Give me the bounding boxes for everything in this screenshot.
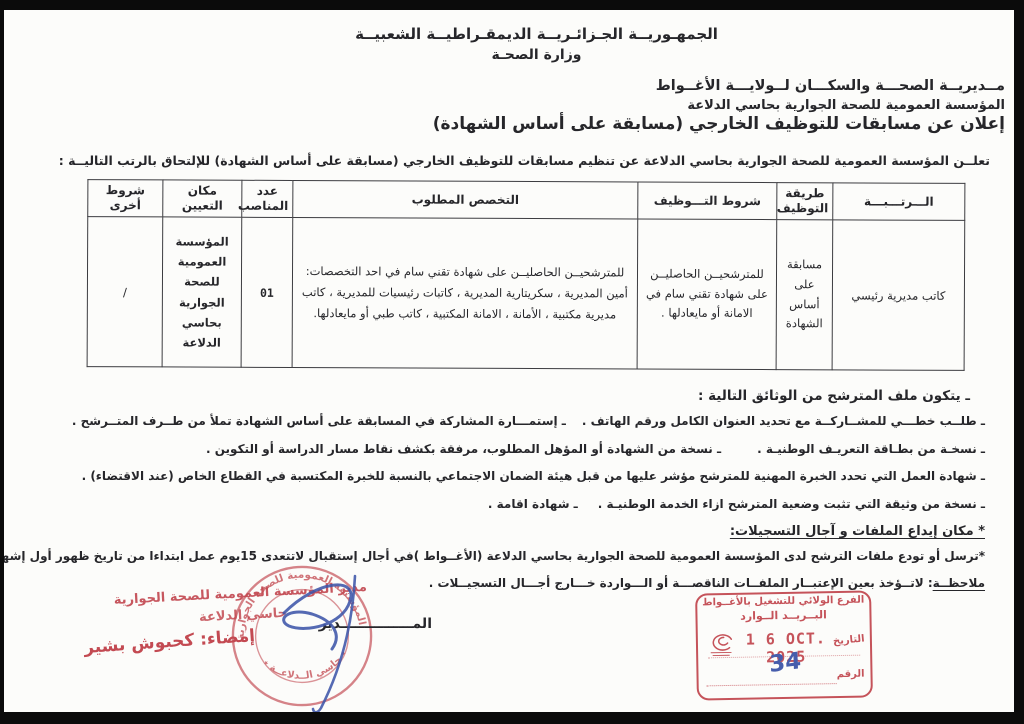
- received-stamp-number-label: الرقم: [837, 669, 865, 680]
- header-cell-rank: الـــرتـــبـــة: [833, 183, 965, 221]
- doc-item-national-service: ـ نسخة من وثيقة التي تثبت وضعية المترشح …: [598, 497, 985, 511]
- ministry-title: وزارة الصحـة: [4, 47, 1014, 63]
- registration-heading: * مكان إيداع الملفات و آجال التسجيلات:: [730, 524, 985, 539]
- registration-body: *ترسل أو تودع ملفات الترشح لدى المؤسسة ا…: [0, 549, 985, 563]
- note-text: : لاتــؤخذ بعين الإعتبــار الملفــات الن…: [429, 576, 933, 590]
- document-sheet: الجمهـوريــة الجـزائـريــة الديمقـراطيــ…: [4, 10, 1014, 712]
- table-header-row: الـــرتـــبـــة طريقة التوظيف شروط التــ…: [88, 180, 965, 221]
- received-stamp-date-label: التاريخ: [833, 634, 866, 648]
- received-mail-stamp: الفرع الولائي للتشغيل بالأغــواط البــري…: [695, 590, 873, 700]
- establishment-line: المؤسسة العمومية للصحة الجوارية بحاسي ال…: [687, 98, 1005, 113]
- announcement-title: إعلان عن مسابقات للتوظيف الخارجي (مسابقة…: [433, 114, 1005, 134]
- cell-location: المؤسسة العمومية للصحة الجوارية بحاسي ال…: [162, 217, 242, 367]
- doc-item-written-request: ـ طلــب خطـــي للمشــاركــة مع تحديد الع…: [582, 414, 985, 428]
- agency-logo-icon: [704, 629, 739, 660]
- note-label: ملاحظــة: [933, 576, 985, 590]
- doc-item-participation-form: ـ إستمـــارة المشاركة في المسابقة على أس…: [72, 414, 566, 428]
- received-stamp-office-line: الفرع الولائي للتشغيل بالأغــواط: [697, 595, 869, 609]
- recruitment-table: الـــرتـــبـــة طريقة التوظيف شروط التــ…: [87, 179, 966, 371]
- documents-line-3: ـ شهادة العمل التي تحدد الخبرة المهنية ل…: [82, 469, 985, 483]
- cell-conditions: للمترشحيــن الحاصليــن على شهادة تقني سا…: [637, 219, 777, 370]
- registration-note: ملاحظــة: لاتــؤخذ بعين الإعتبــار الملف…: [429, 576, 985, 590]
- cell-rank: كاتب مديرية رئيسي: [832, 220, 965, 371]
- cell-positions: 01: [241, 217, 293, 367]
- header-cell-method: طريقة التوظيف: [777, 183, 833, 220]
- scanned-announcement-page: { "header": { "republic": "الجمهـوريــة …: [0, 0, 1024, 724]
- documents-line-1: ـ طلــب خطـــي للمشــاركــة مع تحديد الع…: [72, 414, 985, 428]
- header-cell-other: شروط أخرى: [88, 180, 163, 217]
- scan-border-right: [1014, 0, 1024, 724]
- republic-title: الجمهـوريــة الجـزائـريــة الديمقـراطيــ…: [4, 25, 1014, 43]
- pen-signature-icon: [226, 573, 461, 718]
- intro-line: تعلــن المؤسسة العمومية للصحة الجوارية ب…: [59, 153, 990, 168]
- directorate-line: مــديريــة الصحـــة والسكـــان لــولايــ…: [656, 78, 1005, 94]
- doc-item-work-certificate: ـ شهادة العمل التي تحدد الخبرة المهنية ل…: [82, 469, 985, 483]
- doc-item-diploma-copy: ـ نسخة من الشهادة أو المؤهل المطلوب، مرف…: [206, 442, 721, 456]
- doc-item-residence-certificate: ـ شهادة اقامة .: [488, 497, 578, 511]
- scan-border-top: [0, 0, 1024, 10]
- table-row: كاتب مديرية رئيسي مسابقة على أساس الشهاد…: [87, 217, 965, 371]
- scan-border-left: [0, 0, 4, 724]
- doc-item-national-id: ـ نسخـة من بطـاقة التعريـف الوطنيـة .: [757, 442, 985, 456]
- scan-border-bottom: [0, 712, 1024, 724]
- header-cell-specialty: التخصص المطلوب: [293, 180, 638, 219]
- received-stamp-inbox-line: البــريــد الــوارد: [697, 608, 869, 624]
- header-cell-positions: عدد المناصب: [242, 180, 293, 217]
- header-cell-location: مكان التعيين: [163, 180, 242, 217]
- documents-line-4: ـ نسخة من وثيقة التي تثبت وضعية المترشح …: [488, 497, 985, 511]
- stamp-dotted-line: [707, 683, 837, 686]
- documents-heading: ـ يتكون ملف المترشح من الوثائق التالية :: [698, 388, 970, 404]
- cell-specialty: للمترشحيــن الحاصليــن على شهادة تقني سا…: [292, 217, 638, 369]
- cell-other-conditions: /: [87, 217, 163, 367]
- cell-method: مسابقة على أساس الشهادة: [776, 220, 833, 370]
- documents-line-2: ـ نسخـة من بطـاقة التعريـف الوطنيـة . ـ …: [206, 442, 985, 456]
- header-cell-conditions: شروط التـــوظيف: [638, 182, 777, 220]
